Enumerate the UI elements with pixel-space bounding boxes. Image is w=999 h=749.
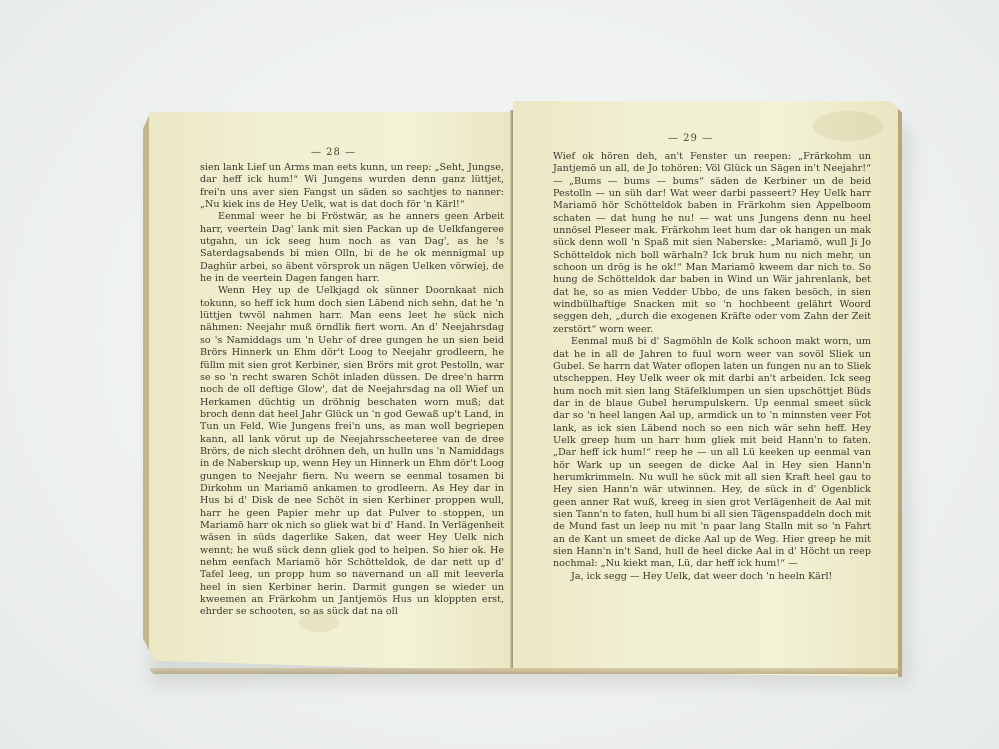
book-bottom-edge xyxy=(150,668,900,674)
left-page: — 28 — sien lank Lief un Arms man eets k… xyxy=(143,112,519,672)
left-page-text: sien lank Lief un Arms man eets kunn, un… xyxy=(200,162,504,619)
paragraph: sien lank Lief un Arms man eets kunn, un… xyxy=(200,162,504,211)
paragraph: Eenmal muß bi d' Sagmöhln de Kolk schoon… xyxy=(553,336,871,571)
open-book: — 28 — sien lank Lief un Arms man eets k… xyxy=(0,0,999,749)
paragraph: Wenn Hey up de Uelkjagd ok sünner Doornk… xyxy=(200,285,504,618)
right-page-text: Wief ok hören deh, an't Fenster un reepe… xyxy=(553,151,871,583)
paragraph: Wief ok hören deh, an't Fenster un reepe… xyxy=(553,151,871,336)
page-number-right: — 29 — xyxy=(668,133,713,144)
page-number-left: — 28 — xyxy=(311,147,356,158)
paper-stain xyxy=(813,111,883,141)
right-page: — 29 — Wief ok hören deh, an't Fenster u… xyxy=(513,101,902,677)
paragraph: Ja, ick segg — Hey Uelk, dat weer doch '… xyxy=(553,571,871,583)
paragraph: Eenmal weer he bi Fröstwär, as he anners… xyxy=(200,211,504,285)
